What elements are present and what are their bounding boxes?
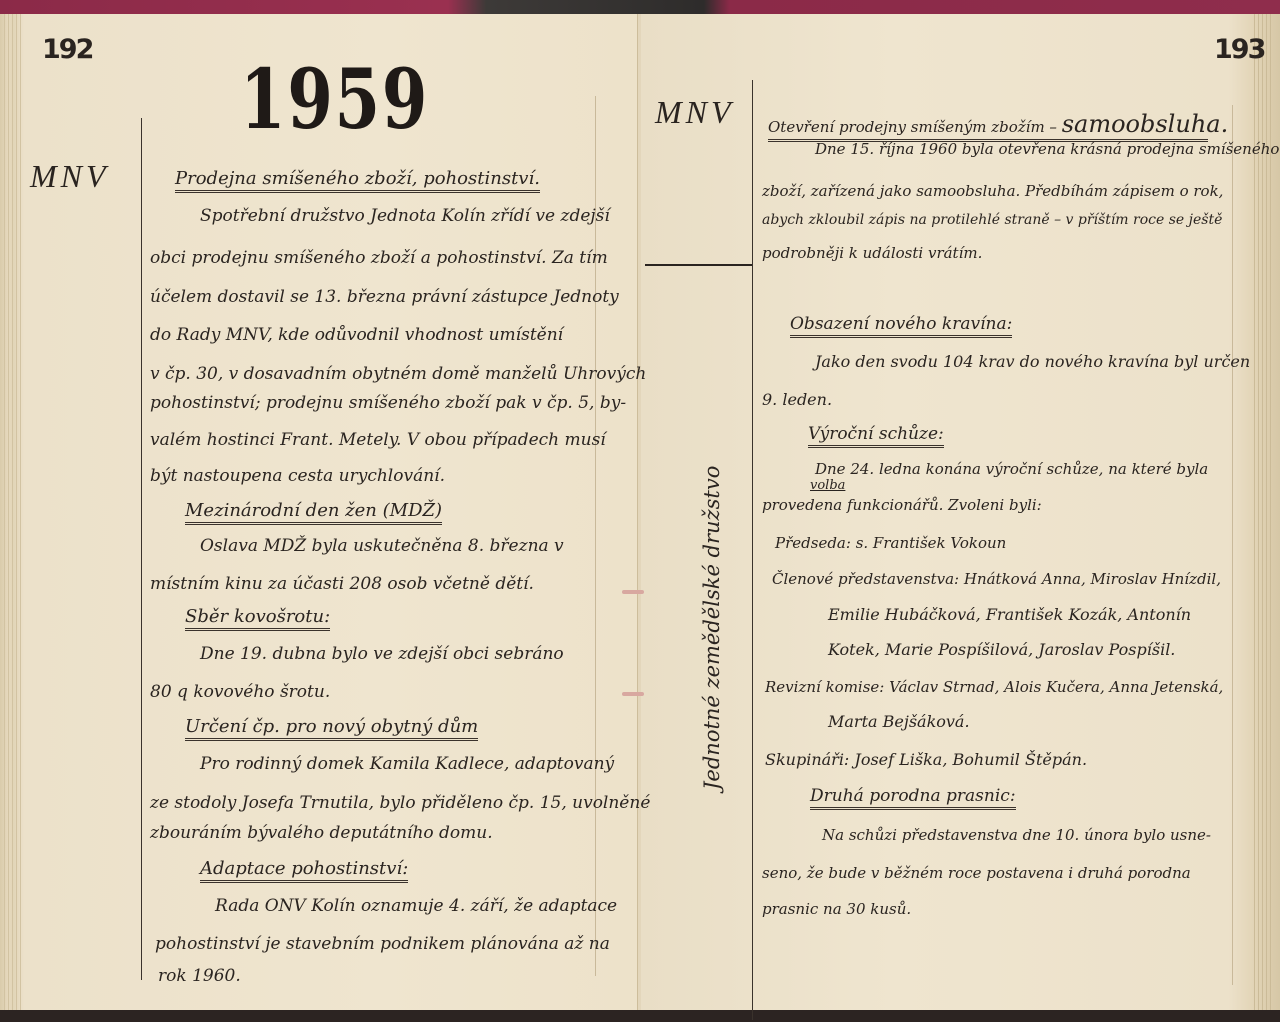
text-line: abych zkloubil zápis na protilehlé stran… — [762, 212, 1222, 228]
heading-main: Otevření prodejny smíšeným zbožím – — [768, 118, 1057, 136]
text-line: být nastoupena cesta urychlování. — [150, 466, 445, 486]
officer-names: Josef Liška, Bohumil Štěpán. — [854, 750, 1087, 769]
text-line: pohostinství; prodejnu smíšeného zboží p… — [150, 393, 626, 413]
section-heading: Mezinárodní den žen (MDŽ) — [185, 500, 442, 525]
binding-stitch — [622, 692, 644, 696]
section-heading: Určení čp. pro nový obytný dům — [185, 716, 478, 741]
text-line: místním kinu za účasti 208 osob včetně d… — [150, 574, 534, 594]
text-line: Spotřební družstvo Jednota Kolín zřídí v… — [200, 206, 610, 226]
margin-rule — [752, 80, 753, 1020]
book-gutter — [637, 14, 641, 1010]
text-line: provedena funkcionářů. Zvoleni byli: — [762, 496, 1042, 514]
text-line: 80 q kovového šrotu. — [150, 682, 330, 702]
text-line: Dne 19. dubna bylo ve zdejší obci sebrán… — [200, 644, 564, 664]
text-line: pohostinství je stavebním podnikem pláno… — [155, 934, 610, 954]
text-line: Pro rodinný domek Kamila Kadlece, adapto… — [200, 754, 614, 774]
officer-row: Skupináři: Josef Liška, Bohumil Štěpán. — [765, 750, 1087, 769]
margin-label-left: MNV — [30, 158, 110, 195]
text-line: Rada ONV Kolín oznamuje 4. září, že adap… — [215, 896, 617, 916]
text-line: valém hostinci Frant. Metely. V obou pří… — [150, 430, 606, 450]
officer-names: Hnátková Anna, Miroslav Hnízdil, — [964, 570, 1221, 588]
officer-row: Předseda: s. František Vokoun — [775, 534, 1006, 552]
text-line: Dne 15. října 1960 byla otevřena krásná … — [815, 140, 1279, 158]
text-line: Na schůzi představenstva dne 10. února b… — [822, 826, 1211, 844]
section-divider — [645, 264, 752, 266]
section-heading: Obsazení nového kravína: — [790, 314, 1012, 338]
text-line: zboží, zařízená jako samoobsluha. Předbí… — [762, 182, 1223, 200]
heading-emphasis: samoobsluha. — [1062, 110, 1229, 138]
text-line: účelem dostavil se 13. března právní zás… — [150, 287, 619, 307]
text-line: ze stodoly Josefa Trnutila, bylo přiděle… — [150, 793, 650, 813]
officer-role: Předseda: — [775, 534, 851, 552]
officer-names: Václav Strnad, Alois Kučera, Anna Jetens… — [889, 678, 1223, 696]
vertical-margin-label: Jednotné zemědělské družstvo — [700, 466, 724, 790]
officer-row: Revizní komise: Václav Strnad, Alois Kuč… — [765, 678, 1223, 696]
margin-rule — [141, 118, 142, 980]
section-heading: Sběr kovošrotu: — [185, 606, 330, 631]
section-heading: Adaptace pohostinství: — [200, 858, 408, 883]
inserted-word: volba — [810, 478, 845, 493]
text-line: Dne 24. ledna konána výroční schůze, na … — [815, 460, 1208, 478]
section-heading: Prodejna smíšeného zboží, pohostinství. — [175, 168, 540, 193]
officer-row: Marta Bejšáková. — [828, 712, 970, 731]
page-edges — [4, 14, 22, 1010]
text-line: obci prodejnu smíšeného zboží a pohostin… — [150, 248, 608, 268]
text-line: Jako den svodu 104 krav do nového kravín… — [815, 352, 1250, 371]
section-heading: Výroční schůze: — [808, 424, 944, 448]
officer-names: s. František Vokoun — [856, 534, 1007, 552]
year-heading: 1959 — [240, 52, 429, 148]
section-heading: Druhá porodna prasnic: — [810, 786, 1016, 810]
officer-row: Kotek, Marie Pospíšilová, Jaroslav Pospí… — [828, 640, 1175, 659]
text-line: rok 1960. — [158, 966, 241, 986]
ruled-margin-line — [1232, 105, 1233, 985]
text-line: zbouráním bývalého deputátního domu. — [150, 823, 493, 843]
text-line: v čp. 30, v dosavadním obytném domě manž… — [150, 364, 646, 384]
book-cover-bottom — [0, 1008, 1280, 1022]
binding-stitch — [622, 590, 644, 594]
page-edges — [1254, 14, 1272, 1010]
text-line: prasnic na 30 kusů. — [762, 900, 911, 918]
officer-role: Revizní komise: — [765, 678, 884, 696]
section-heading: Otevření prodejny smíšeným zbožím – samo… — [768, 110, 1208, 142]
officer-row: Členové představenstva: Hnátková Anna, M… — [772, 570, 1221, 588]
text-line: podrobněji k události vrátím. — [762, 244, 982, 262]
text-line: seno, že bude v běžném roce postavena i … — [762, 864, 1191, 882]
page-number-right: 193 — [1214, 34, 1264, 65]
ruled-margin-line — [595, 96, 596, 976]
text-line: Oslava MDŽ byla uskutečněna 8. března v — [200, 536, 564, 556]
text-line: 9. leden. — [762, 390, 832, 409]
officer-row: Emilie Hubáčková, František Kozák, Anton… — [828, 605, 1191, 624]
officer-role: Skupináři: — [765, 750, 849, 769]
officer-role: Členové představenstva: — [772, 570, 959, 588]
page-number-left: 192 — [42, 34, 92, 65]
margin-label-right: MNV — [655, 94, 735, 131]
text-line: do Rady MNV, kde odůvodnil vhodnost umís… — [150, 325, 563, 345]
